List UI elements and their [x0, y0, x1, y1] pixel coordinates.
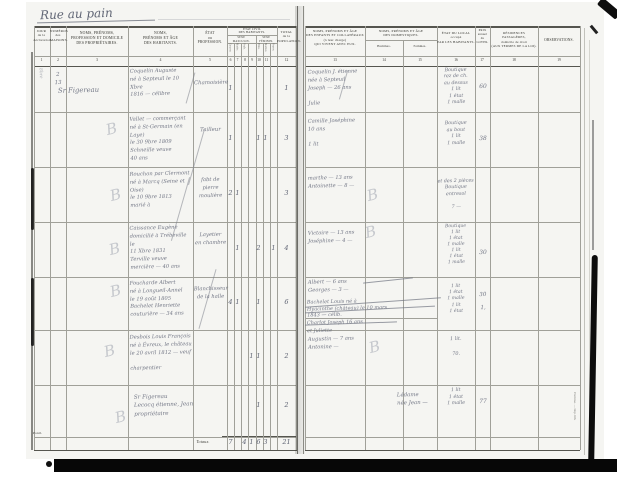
binding-smudge — [31, 278, 34, 346]
table-border — [34, 56, 297, 57]
title-underline-faint — [158, 19, 290, 20]
col-number: 16 — [451, 58, 461, 62]
row-total: 2 — [280, 401, 294, 409]
tally: 1 — [234, 298, 242, 306]
col-number: 15 — [415, 58, 425, 62]
occupants-entry: Coquelin Auguste né à Septeuil le 10 Xbr… — [129, 67, 192, 100]
register-row: Rouchon par Clermont né à Marcq (Seine e… — [34, 167, 297, 222]
col-number: 11 — [262, 58, 272, 62]
col-number: 1 — [37, 58, 47, 62]
table-border — [34, 450, 297, 451]
row-total: 2 — [280, 352, 294, 360]
children-entry: Coquelin J. étienne née à Septeuil Josep… — [308, 68, 365, 108]
register-row: Camille Joséphine 10 ans 1 lit Boutique … — [305, 112, 580, 167]
children-entry: Camille Joséphine 10 ans 1 lit — [308, 117, 365, 150]
register-row: Caissance Eugène domicilié à Trébeville … — [34, 222, 297, 277]
table-border — [365, 40, 437, 41]
col-header-hommes: Hommes. — [365, 44, 403, 48]
occupants-entry: Desbois Louis François né à Évreux, le c… — [129, 333, 194, 374]
col-header-habitants: NOMS, PRÉNOMS ET ÂGE DES HABITANTS. — [129, 31, 193, 46]
col-header-numeros: NUMÉROS des MAISONS. — [50, 29, 66, 42]
profession-entry: Tailleur — [193, 126, 226, 135]
col-number: 2 — [53, 58, 63, 62]
table-border — [580, 26, 581, 450]
dwelling-entry: Boutique au bout 1 lit 1 malle — [438, 121, 475, 149]
children-entry: Victoire — 13 ans Joséphine — 4 — — [308, 229, 366, 246]
col-header-total: TOTAL de la POPULATION. — [277, 30, 296, 43]
tally: 1 — [255, 352, 263, 360]
col-header-etat-local: ÉTAT DU LOCAL occupé PAR LES HABITANTS. — [437, 31, 475, 44]
register-row: Augustin — 7 ans Antonine — 1 lit. 70. — [305, 330, 580, 385]
col-number: 13 — [330, 58, 340, 62]
tally: 1 — [227, 84, 235, 92]
col-header-residences: RÉSIDENCES PASSAGÈRES, domicile de droit… — [491, 31, 537, 48]
occupants-entry: Rouchon par Clermont né à Marcq (Seine e… — [129, 170, 192, 210]
table-border — [305, 450, 580, 451]
profession-entry: Chamoisière — [193, 79, 226, 88]
servant-entry: Lédame née Jean — — [397, 390, 441, 407]
col-number: 3 — [92, 58, 102, 62]
page-spine-line — [297, 6, 298, 454]
col-header-domestiques: NOMS, PRÉNOMS ET ÂGE DES DOMESTIQUES. — [365, 29, 437, 38]
col-number: 18 — [509, 58, 519, 62]
dwelling-entry: 1 lit 1 état 1 malle — [438, 388, 474, 409]
register-row: Vallet — commerçant né à St-Germain (en … — [34, 112, 297, 167]
col-header-prix: PRIX annuel du LOYER. — [475, 29, 490, 45]
narrow-col-label: Mariées. — [264, 43, 267, 56]
col-number: 17 — [477, 58, 487, 62]
col-number: 5 — [205, 58, 215, 62]
col-number: 12 — [282, 58, 292, 62]
row-total: 1 — [280, 84, 294, 92]
occupants-entry: Caissance Eugène domicilié à Trébeville … — [129, 224, 192, 272]
col-header-femmes: Femmes. — [403, 44, 437, 48]
children-entry: marthe — 13 ans Antoinette — 8 — — [308, 174, 366, 191]
scanned-census-register: { "document": { "street_title": "Rue au … — [0, 0, 617, 480]
binding-edge — [31, 52, 33, 450]
tally: 2 — [255, 244, 263, 252]
col-header-etat-civil: ÉTAT CIVIL DES HABITANTS. — [227, 28, 277, 36]
page-edge-line — [584, 28, 585, 455]
col-number: 4 — [156, 58, 166, 62]
right-page-table: NOMS, PRÉNOMS ET ÂGE DES ENFANTS ET COLL… — [305, 26, 580, 450]
register-row: Lédame née Jean — 1 lit 1 état 1 malle 7… — [305, 385, 580, 437]
jour-entry: 8bre — [35, 68, 42, 79]
rent-entry: 60 — [476, 82, 490, 91]
narrow-col-label: Garçons. — [229, 43, 232, 56]
column-total: 3 — [262, 438, 270, 446]
grand-total: 21 — [280, 438, 294, 446]
col-header-enfants: NOMS, PRÉNOMS ET ÂGE DES ENFANTS ET COLL… — [306, 29, 364, 47]
edge-shadow — [592, 120, 594, 250]
strike-line — [363, 277, 413, 283]
occupants-entry: Foucharde Albert né à Longueil-Annel le … — [129, 279, 192, 319]
col-header-proprietaires: NOMS, PRÉNOMS, PROFESSION ET DOMICILE DE… — [67, 31, 128, 46]
scan-dot — [46, 461, 52, 467]
col-number: 19 — [554, 58, 564, 62]
register-row: Desbois Louis François né à Évreux, le c… — [34, 330, 297, 385]
narrow-col-label: Mariés. — [236, 43, 239, 56]
dwelling-entry: Boutique rez de ch. au dessus 1 lit 1 ét… — [438, 68, 475, 108]
tally: 1 — [270, 244, 278, 252]
narrow-col-label: Veufs. — [243, 43, 246, 56]
rent-entry: 30 1, — [476, 289, 491, 316]
col-header-observations: OBSERVATIONS. — [538, 38, 580, 43]
rent-entry: 77 — [476, 397, 490, 406]
footer-mark: Pontl. — [33, 431, 53, 435]
register-row: marthe — 13 ans Antoinette — 8 — et des … — [305, 167, 580, 222]
rent-entry: 30 — [476, 248, 490, 257]
narrow-col-label: Filles. — [257, 43, 260, 56]
register-row: Sr Figereau Lecocq étienne, Jean proprié… — [34, 385, 297, 437]
register-row: 8bre 2 13 Sr Figereau Coquelin Auguste n… — [34, 66, 297, 112]
tally: 1 — [234, 189, 242, 197]
row-total: 4 — [280, 244, 294, 252]
occupants-entry: Sr Figereau Lecocq étienne, Jean proprié… — [133, 392, 196, 419]
profession-entry: fabt de pierre moulière — [193, 177, 227, 201]
dwelling-entry: 1 lit. 70. — [438, 336, 475, 359]
printer-credit: Pontoise. — Imp. lith. — [573, 392, 577, 448]
row-total: 6 — [280, 298, 294, 306]
dwelling-entry: 1 lit 1 état 1 malle 1 lit 1 état — [438, 284, 475, 316]
tally: 1 — [255, 298, 263, 306]
occupants-entry: Vallet — commerçant né à St-Germain (en … — [129, 115, 192, 163]
tally: 1 — [227, 134, 235, 142]
register-row: Foucharde Albert né à Longueil-Annel le … — [34, 277, 297, 330]
col-number: 14 — [379, 58, 389, 62]
struck-entry: Bachelet Louis né à Hyacinthe (château) … — [307, 296, 439, 319]
binding-smudge — [31, 168, 34, 230]
row-total: 3 — [280, 189, 294, 197]
scan-bottom-bar — [54, 459, 617, 472]
column-total: 7 — [227, 438, 235, 446]
rent-entry: 38 — [476, 134, 490, 143]
children-entry: Augustin — 7 ans Antonine — — [308, 335, 366, 352]
narrow-col-label: Veuves. — [272, 43, 275, 56]
totals-label: Totaux. — [197, 439, 223, 444]
owner-entry: Sr Figereau — [57, 84, 123, 96]
register-row: Albert — 6 ans Georges — 3 — Bachelet Lo… — [305, 277, 580, 330]
page-spine-line — [303, 6, 304, 454]
tally: 1 — [234, 244, 242, 252]
tally: 1 — [255, 401, 263, 409]
profession-entry: Layetier en chambre — [193, 232, 226, 248]
dwelling-entry: et des 2 pièces Boutique entresol 7 — — [436, 179, 477, 212]
dwelling-entry: Boutique 1 lit 1 état 1 malle 1 lit 1 ét… — [437, 224, 474, 267]
col-header-profession: ÉTAT ou PROFESSION. — [194, 31, 227, 45]
register-row: Victoire — 13 ans Joséphine — 4 — Boutiq… — [305, 222, 580, 277]
children-entry: Albert — 6 ans Georges — 3 — — [308, 278, 366, 295]
tally: 1 — [262, 134, 270, 142]
left-page-table: JOUR de la déclaration. NUMÉROS des MAIS… — [34, 26, 297, 450]
row-total: 3 — [280, 134, 294, 142]
col-header-jour: JOUR de la déclaration. — [34, 29, 50, 42]
